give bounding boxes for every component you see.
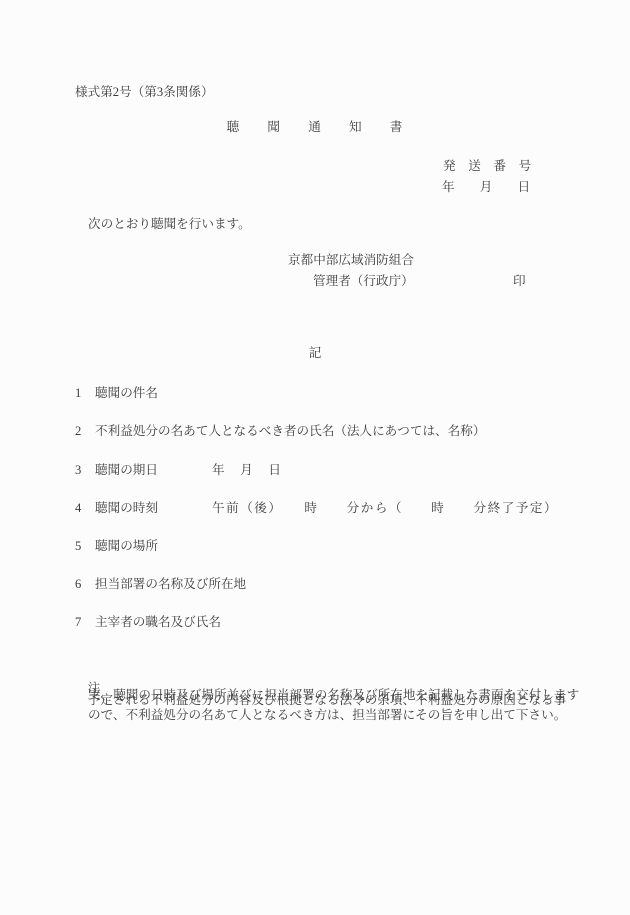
item-label: 主宰者の職名及び氏名 [95,616,221,629]
item-fill-in-blanks: 年 月 日 [212,464,282,477]
record-marker: 記 [0,347,630,360]
issuer-organization: 京都中部広域消防組合 [288,254,414,267]
item-presiding-officer: 7 主宰者の職名及び氏名 [0,616,630,630]
item-department-name-address: 6 担当部署の名称及び所在地 [0,578,630,592]
item-number: 4 [75,502,81,515]
note-line: 実、聴聞の日時及び場所並びに担当部署の名称及び所在地を記載した書面を交付します [88,689,579,702]
item-number: 7 [75,616,81,629]
item-number: 2 [75,425,81,438]
item-number: 3 [75,464,81,477]
item-label: 聴聞の場所 [95,540,158,553]
item-label: 担当部署の名称及び所在地 [95,578,246,591]
item-number: 5 [75,540,81,553]
dispatch-number-label: 発 送 番 号 [443,160,531,173]
item-label: 不利益処分の名あて人となるべき者の氏名（法人にあつては、名称） [95,425,485,438]
issue-date-label: 年 月 日 [442,181,530,194]
item-hearing-time: 4 聴聞の時刻 午前（後） 時 分から（ 時 分終了予定） [0,502,630,516]
hearing-notice-document: 様式第2号（第3条関係） 聴 聞 通 知 書 発 送 番 号 年 月 日 次のと… [0,0,630,915]
document-title: 聴 聞 通 知 書 [0,121,630,134]
form-number: 様式第2号（第3条関係） [75,86,214,99]
item-hearing-place: 5 聴聞の場所 [0,540,630,554]
item-hearing-subject: 1 聴聞の件名 [0,387,630,401]
item-label: 聴聞の期日 [95,464,158,477]
item-hearing-date: 3 聴聞の期日 年 月 日 [0,464,630,478]
note-line: ので、不利益処分の名あて人となるべき方は、担当部署にその旨を申し出て下さい。 [88,709,566,722]
intro-sentence: 次のとおり聴聞を行います。 [88,218,251,231]
seal-placeholder: 印 [513,275,526,288]
item-label: 聴聞の件名 [95,387,158,400]
item-number: 6 [75,578,81,591]
item-label: 聴聞の時刻 [95,502,158,515]
issuer-title: 管理者（行政庁） [313,275,414,288]
item-fill-in-blanks: 午前（後） 時 分から（ 時 分終了予定） [212,502,558,515]
item-addressee-name: 2 不利益処分の名あて人となるべき者の氏名（法人にあつては、名称） [0,425,630,439]
item-number: 1 [75,387,81,400]
